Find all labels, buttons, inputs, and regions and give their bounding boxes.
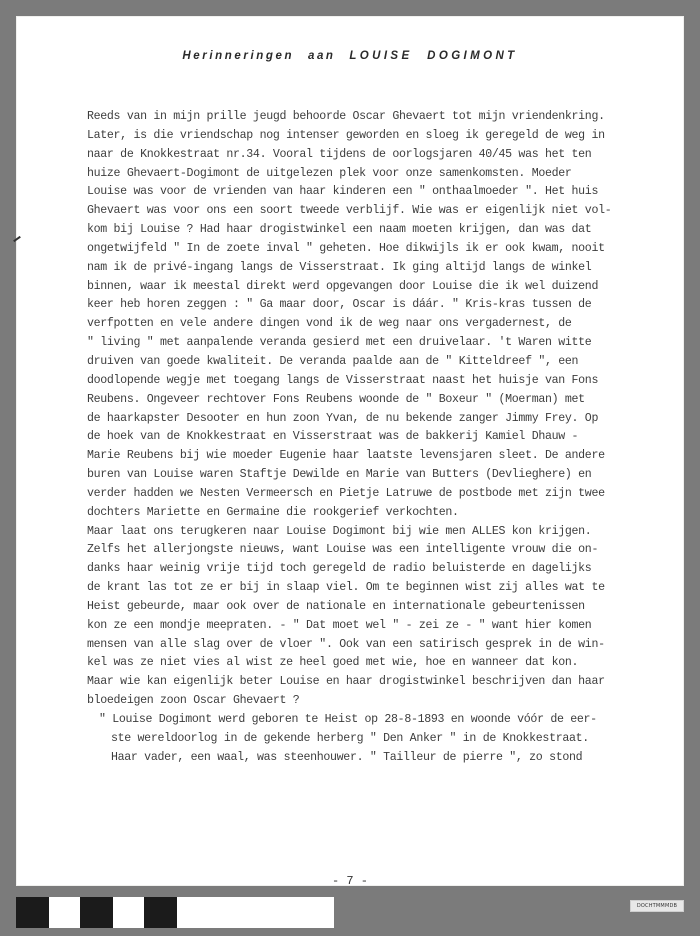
text-line: ongetwijfeld " In de zoete inval " gehet… bbox=[87, 240, 667, 259]
text-line: verfpotten en vele andere dingen vond ik… bbox=[87, 315, 667, 334]
document-body: Reeds van in mijn prille jeugd behoorde … bbox=[87, 108, 667, 768]
text-line: verder hadden we Nesten Vermeersch en Pi… bbox=[87, 485, 667, 504]
calibration-black-block bbox=[80, 897, 113, 928]
text-line: Later, is die vriendschap nog intenser g… bbox=[87, 127, 667, 146]
text-line: Heist gebeurde, maar ook over de nationa… bbox=[87, 598, 667, 617]
text-line: Maar laat ons terugkeren naar Louise Dog… bbox=[87, 523, 667, 542]
text-line: Marie Reubens bij wie moeder Eugenie haa… bbox=[87, 447, 667, 466]
text-line: Reeds van in mijn prille jeugd behoorde … bbox=[87, 108, 667, 127]
scan-calibration-strip bbox=[16, 897, 334, 928]
text-line: mensen van alle slag over de vloer ". Oo… bbox=[87, 636, 667, 655]
text-line: kon ze een mondje meepraten. - " Dat moe… bbox=[87, 617, 667, 636]
text-line: Zelfs het allerjongste nieuws, want Loui… bbox=[87, 541, 667, 560]
text-line: dochters Mariette en Germaine die rookge… bbox=[87, 504, 667, 523]
calibration-white-block bbox=[49, 897, 80, 928]
text-line: Ghevaert was voor ons een soort tweede v… bbox=[87, 202, 667, 221]
calibration-black-block bbox=[16, 897, 49, 928]
text-line: huize Ghevaert-Dogimont de uitgelezen pl… bbox=[87, 165, 667, 184]
text-line: nam ik de privé-ingang langs de Visserst… bbox=[87, 259, 667, 278]
text-line: " Louise Dogimont werd geboren te Heist … bbox=[87, 711, 667, 730]
text-line: naar de Knokkestraat nr.34. Vooral tijde… bbox=[87, 146, 667, 165]
title-name: LOUISE DOGIMONT bbox=[349, 50, 517, 62]
document-page: Herinneringen aan LOUISE DOGIMONT Reeds … bbox=[16, 16, 684, 886]
text-line: buren van Louise waren Staftje Dewilde e… bbox=[87, 466, 667, 485]
text-line: keer heb horen zeggen : " Ga maar door, … bbox=[87, 296, 667, 315]
text-line: de haarkapster Desooter en hun zoon Yvan… bbox=[87, 410, 667, 429]
text-line: de hoek van de Knokkestraat en Visserstr… bbox=[87, 428, 667, 447]
text-line: druiven van goede kwaliteit. De veranda … bbox=[87, 353, 667, 372]
text-line: doodlopende wegje met toegang langs de V… bbox=[87, 372, 667, 391]
text-line: Haar vader, een waal, was steenhouwer. "… bbox=[87, 749, 667, 768]
text-line: ste wereldoorlog in de gekende herberg "… bbox=[87, 730, 667, 749]
text-line: Louise was voor de vrienden van haar kin… bbox=[87, 183, 667, 202]
archive-label: DOCHTMMMDB bbox=[630, 900, 684, 912]
text-line: de krant las tot ze er bij in slaap viel… bbox=[87, 579, 667, 598]
document-title: Herinneringen aan LOUISE DOGIMONT bbox=[16, 50, 684, 62]
title-prefix: Herinneringen aan bbox=[182, 50, 335, 62]
calibration-white-block bbox=[113, 897, 144, 928]
text-line: Maar wie kan eigenlijk beter Louise en h… bbox=[87, 673, 667, 692]
calibration-black-block bbox=[144, 897, 177, 928]
text-line: danks haar weinig vrije tijd toch gerege… bbox=[87, 560, 667, 579]
text-line: bloedeigen zoon Oscar Ghevaert ? bbox=[87, 692, 667, 711]
text-line: kom bij Louise ? Had haar drogistwinkel … bbox=[87, 221, 667, 240]
text-line: " living " met aanpalende veranda gesier… bbox=[87, 334, 667, 353]
page-number: - 7 - bbox=[16, 874, 684, 888]
text-line: Reubens. Ongeveer rechtover Fons Reubens… bbox=[87, 391, 667, 410]
text-line: binnen, waar ik meestal direkt werd opge… bbox=[87, 278, 667, 297]
text-line: kel was ze niet vies al wist ze heel goe… bbox=[87, 654, 667, 673]
